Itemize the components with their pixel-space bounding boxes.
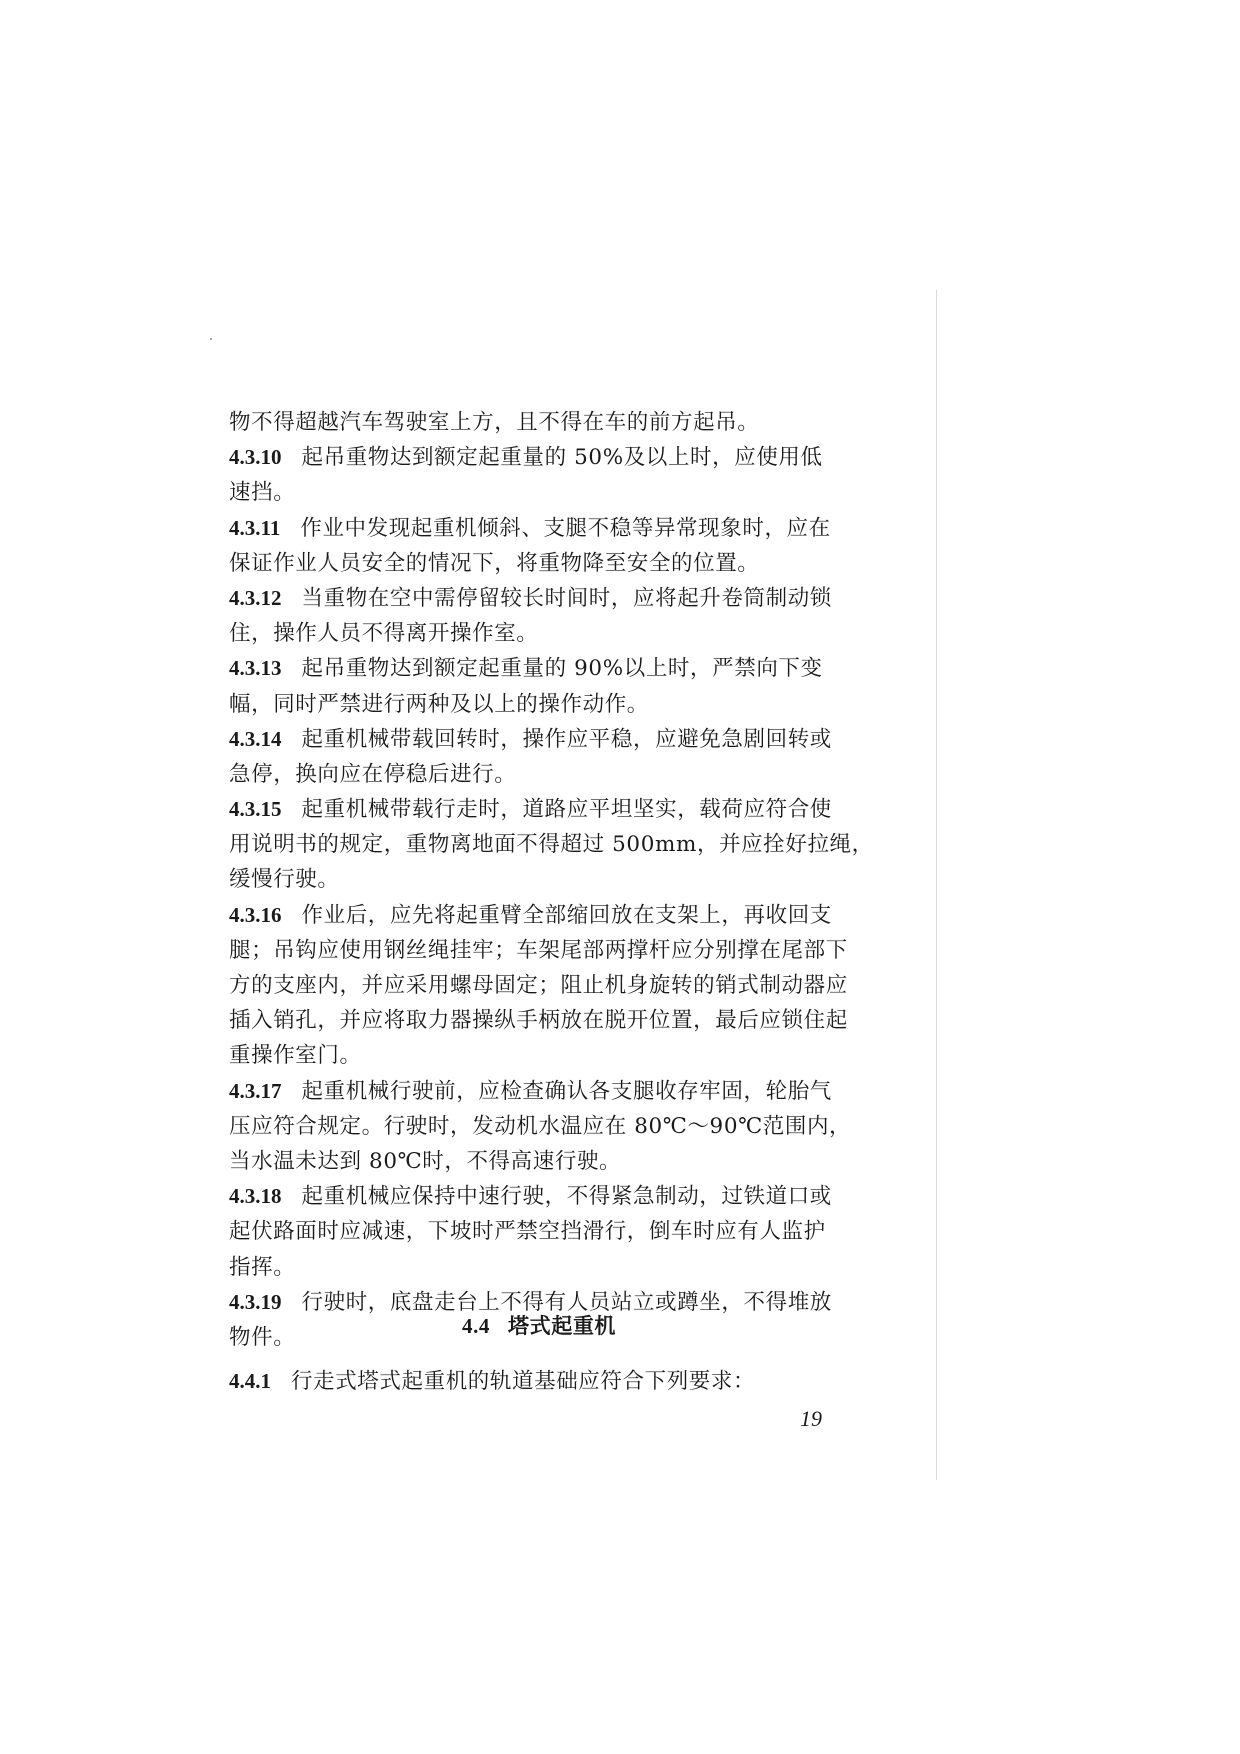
clause-number: 4.4.1 <box>229 1369 271 1393</box>
clause-line: 住，操作人员不得离开操作室。 <box>229 616 849 651</box>
clause-text: 速挡。 <box>229 480 295 505</box>
clause-number: 4.3.12 <box>229 586 282 610</box>
clause-first-line: 4.3.14起重机械带载回转时，操作应平稳，应避免急剧回转或 <box>229 722 849 757</box>
clause-text: 起重机械应保持中速行驶，不得紧急制动，过铁道口或 <box>302 1184 832 1209</box>
clause-line: 保证作业人员安全的情况下，将重物降至安全的位置。 <box>229 546 849 581</box>
body-text: 物不得超越汽车驾驶室上方，且不得在车的前方起吊。 4.3.10起吊重物达到额定起… <box>229 405 849 1355</box>
clause-text: 行走式塔式起重机的轨道基础应符合下列要求： <box>291 1369 755 1394</box>
clause-text: 当水温未达到 80℃时，不得高速行驶。 <box>229 1149 621 1174</box>
clause-first-line: 4.3.15起重机械带载行走时，道路应平坦坚实，载荷应符合使 <box>229 792 849 827</box>
clause-text: 起吊重物达到额定起重量的 50%及以上时，应使用低 <box>302 445 823 470</box>
clause-first-line: 4.3.12当重物在空中需停留较长时间时，应将起升卷筒制动锁 <box>229 581 849 616</box>
clause-number: 4.3.14 <box>229 727 282 751</box>
clause-text: 作业后，应先将起重臂全部缩回放在支架上，再收回支 <box>302 903 832 928</box>
clause-line: 速挡。 <box>229 475 849 510</box>
clause-text: 方的支座内，并应采用螺母固定；阻止机身旋转的销式制动器应 <box>229 973 848 998</box>
clause-text: 作业中发现起重机倾斜、支腿不稳等异常现象时，应在 <box>300 516 830 541</box>
clause-text: 急停，换向应在停稳后进行。 <box>229 762 516 787</box>
clause-text: 腿；吊钩应使用钢丝绳挂牢；车架尾部两撑杆应分别撑在尾部下 <box>229 938 848 963</box>
clause-text: 起吊重物达到额定起重量的 90%以上时，严禁向下变 <box>302 656 823 681</box>
clause-text: 插入销孔，并应将取力器操纵手柄放在脱开位置，最后应锁住起 <box>229 1008 848 1033</box>
clause-line: 方的支座内，并应采用螺母固定；阻止机身旋转的销式制动器应 <box>229 968 849 1003</box>
clause-line: 当水温未达到 80℃时，不得高速行驶。 <box>229 1144 849 1179</box>
clause-first-line: 4.3.17起重机械行驶前，应检查确认各支腿收存牢固，轮胎气 <box>229 1074 849 1109</box>
clause-line: 用说明书的规定，重物离地面不得超过 500mm，并应拴好拉绳， <box>229 827 849 862</box>
clause-number: 4.3.16 <box>229 903 282 927</box>
clause-text: 当重物在空中需停留较长时间时，应将起升卷筒制动锁 <box>302 586 832 611</box>
clause-line: 腿；吊钩应使用钢丝绳挂牢；车架尾部两撑杆应分别撑在尾部下 <box>229 933 849 968</box>
clause-number: 4.3.15 <box>229 797 282 821</box>
page-edge-line <box>936 290 937 1480</box>
clause-number: 4.3.17 <box>229 1079 282 1103</box>
clause-number: 4.3.11 <box>229 516 280 540</box>
clause-text: 重操作室门。 <box>229 1043 362 1068</box>
clause-text: 起重机械行驶前，应检查确认各支腿收存牢固，轮胎气 <box>302 1079 832 1104</box>
clause-first-line: 4.3.18起重机械应保持中速行驶，不得紧急制动，过铁道口或 <box>229 1179 849 1214</box>
clause-text: 起重机械带载行走时，道路应平坦坚实，载荷应符合使 <box>302 797 832 822</box>
section-heading: 4.4塔式起重机 <box>229 1310 849 1340</box>
clause-text: 起伏路面时应减速，下坡时严禁空挡滑行，倒车时应有人监护 <box>229 1219 826 1244</box>
clause-text: 保证作业人员安全的情况下，将重物降至安全的位置。 <box>229 551 759 576</box>
clause-line: 指挥。 <box>229 1250 849 1285</box>
clause-text: 指挥。 <box>229 1255 295 1280</box>
clause-4-4-1: 4.4.1行走式塔式起重机的轨道基础应符合下列要求： <box>229 1364 755 1395</box>
clause-line: 急停，换向应在停稳后进行。 <box>229 757 849 792</box>
section-number: 4.4 <box>462 1314 490 1338</box>
continuation-line: 物不得超越汽车驾驶室上方，且不得在车的前方起吊。 <box>229 405 849 440</box>
clause-first-line: 4.3.10起吊重物达到额定起重量的 50%及以上时，应使用低 <box>229 440 849 475</box>
clause-text: 住，操作人员不得离开操作室。 <box>229 621 538 646</box>
clause-line: 起伏路面时应减速，下坡时严禁空挡滑行，倒车时应有人监护 <box>229 1214 849 1249</box>
page-number: 19 <box>800 1406 822 1432</box>
clause-number: 4.3.10 <box>229 445 282 469</box>
clause-number: 4.3.13 <box>229 656 282 680</box>
clause-line: 插入销孔，并应将取力器操纵手柄放在脱开位置，最后应锁住起 <box>229 1003 849 1038</box>
clause-first-line: 4.3.16作业后，应先将起重臂全部缩回放在支架上，再收回支 <box>229 898 849 933</box>
clause-line: 重操作室门。 <box>229 1038 849 1073</box>
clause-line: 幅，同时严禁进行两种及以上的操作动作。 <box>229 687 849 722</box>
clause-first-line: 4.3.11作业中发现起重机倾斜、支腿不稳等异常现象时，应在 <box>229 511 849 546</box>
clause-text: 压应符合规定。行驶时，发动机水温应在 80℃～90℃范围内， <box>229 1114 851 1139</box>
clause-text: 幅，同时严禁进行两种及以上的操作动作。 <box>229 692 649 717</box>
clause-text: 用说明书的规定，重物离地面不得超过 500mm，并应拴好拉绳， <box>229 832 874 857</box>
clause-line: 缓慢行驶。 <box>229 862 849 897</box>
clause-text: 起重机械带载回转时，操作应平稳，应避免急剧回转或 <box>302 727 832 752</box>
clause-line: 压应符合规定。行驶时，发动机水温应在 80℃～90℃范围内， <box>229 1109 849 1144</box>
clause-number: 4.3.18 <box>229 1184 282 1208</box>
clause-first-line: 4.3.13起吊重物达到额定起重量的 90%以上时，严禁向下变 <box>229 651 849 686</box>
clause-text: 缓慢行驶。 <box>229 867 340 892</box>
section-title-text: 塔式起重机 <box>508 1313 616 1338</box>
scan-speck <box>210 338 212 340</box>
